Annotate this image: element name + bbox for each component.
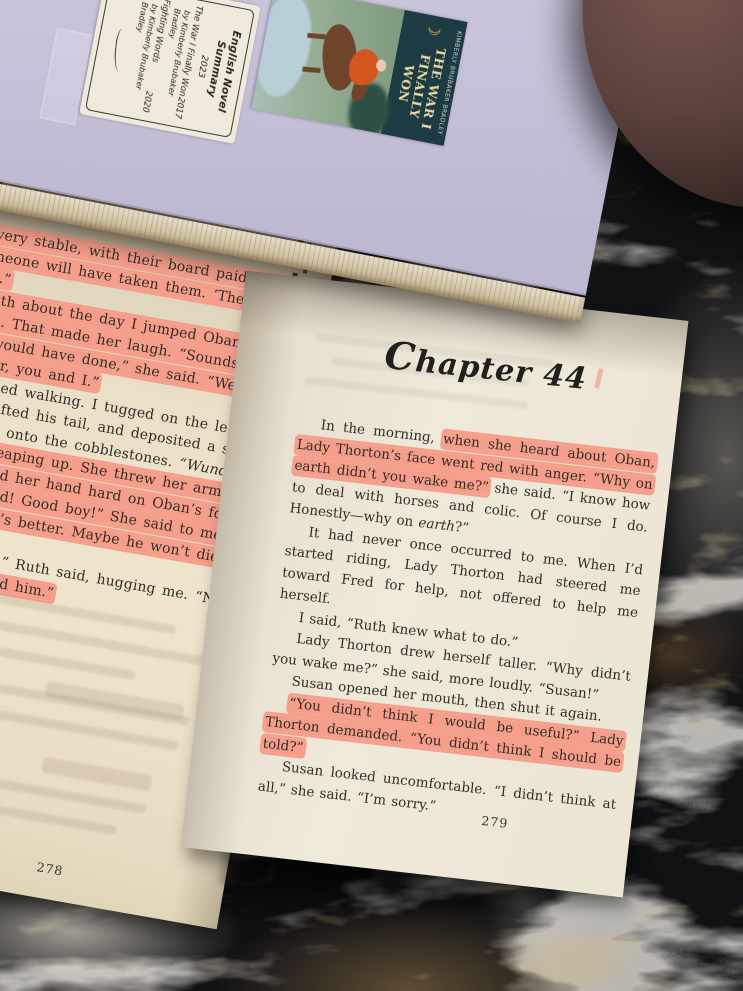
photo-scene: ivery stable, with their board paid for …	[0, 0, 743, 991]
right-page-text: In the morning, when she heard about Oba…	[257, 413, 657, 838]
text-segment: earth	[418, 515, 456, 535]
chapter-heading: Chapter 44	[306, 324, 667, 406]
pond-shape	[251, 0, 319, 102]
cover-illustration	[251, 0, 405, 134]
book-cover-cutout: KIMBERLY BRUBAKER BRADLEY ☽ THE WAR I FI…	[251, 0, 467, 146]
page-number-left: 278	[35, 859, 64, 878]
orange-figure-shape	[349, 49, 380, 86]
summary-label: English Novel Summary 2023 The War I Fin…	[79, 0, 261, 144]
right-page: Chapter 44 In the morning, when she hear…	[181, 271, 689, 898]
summary-label-frame: English Novel Summary 2023 The War I Fin…	[85, 0, 255, 138]
highlighted-text: s.”	[0, 269, 12, 288]
text-segment: ?”	[454, 519, 470, 536]
page-number-right: 279	[481, 813, 509, 831]
